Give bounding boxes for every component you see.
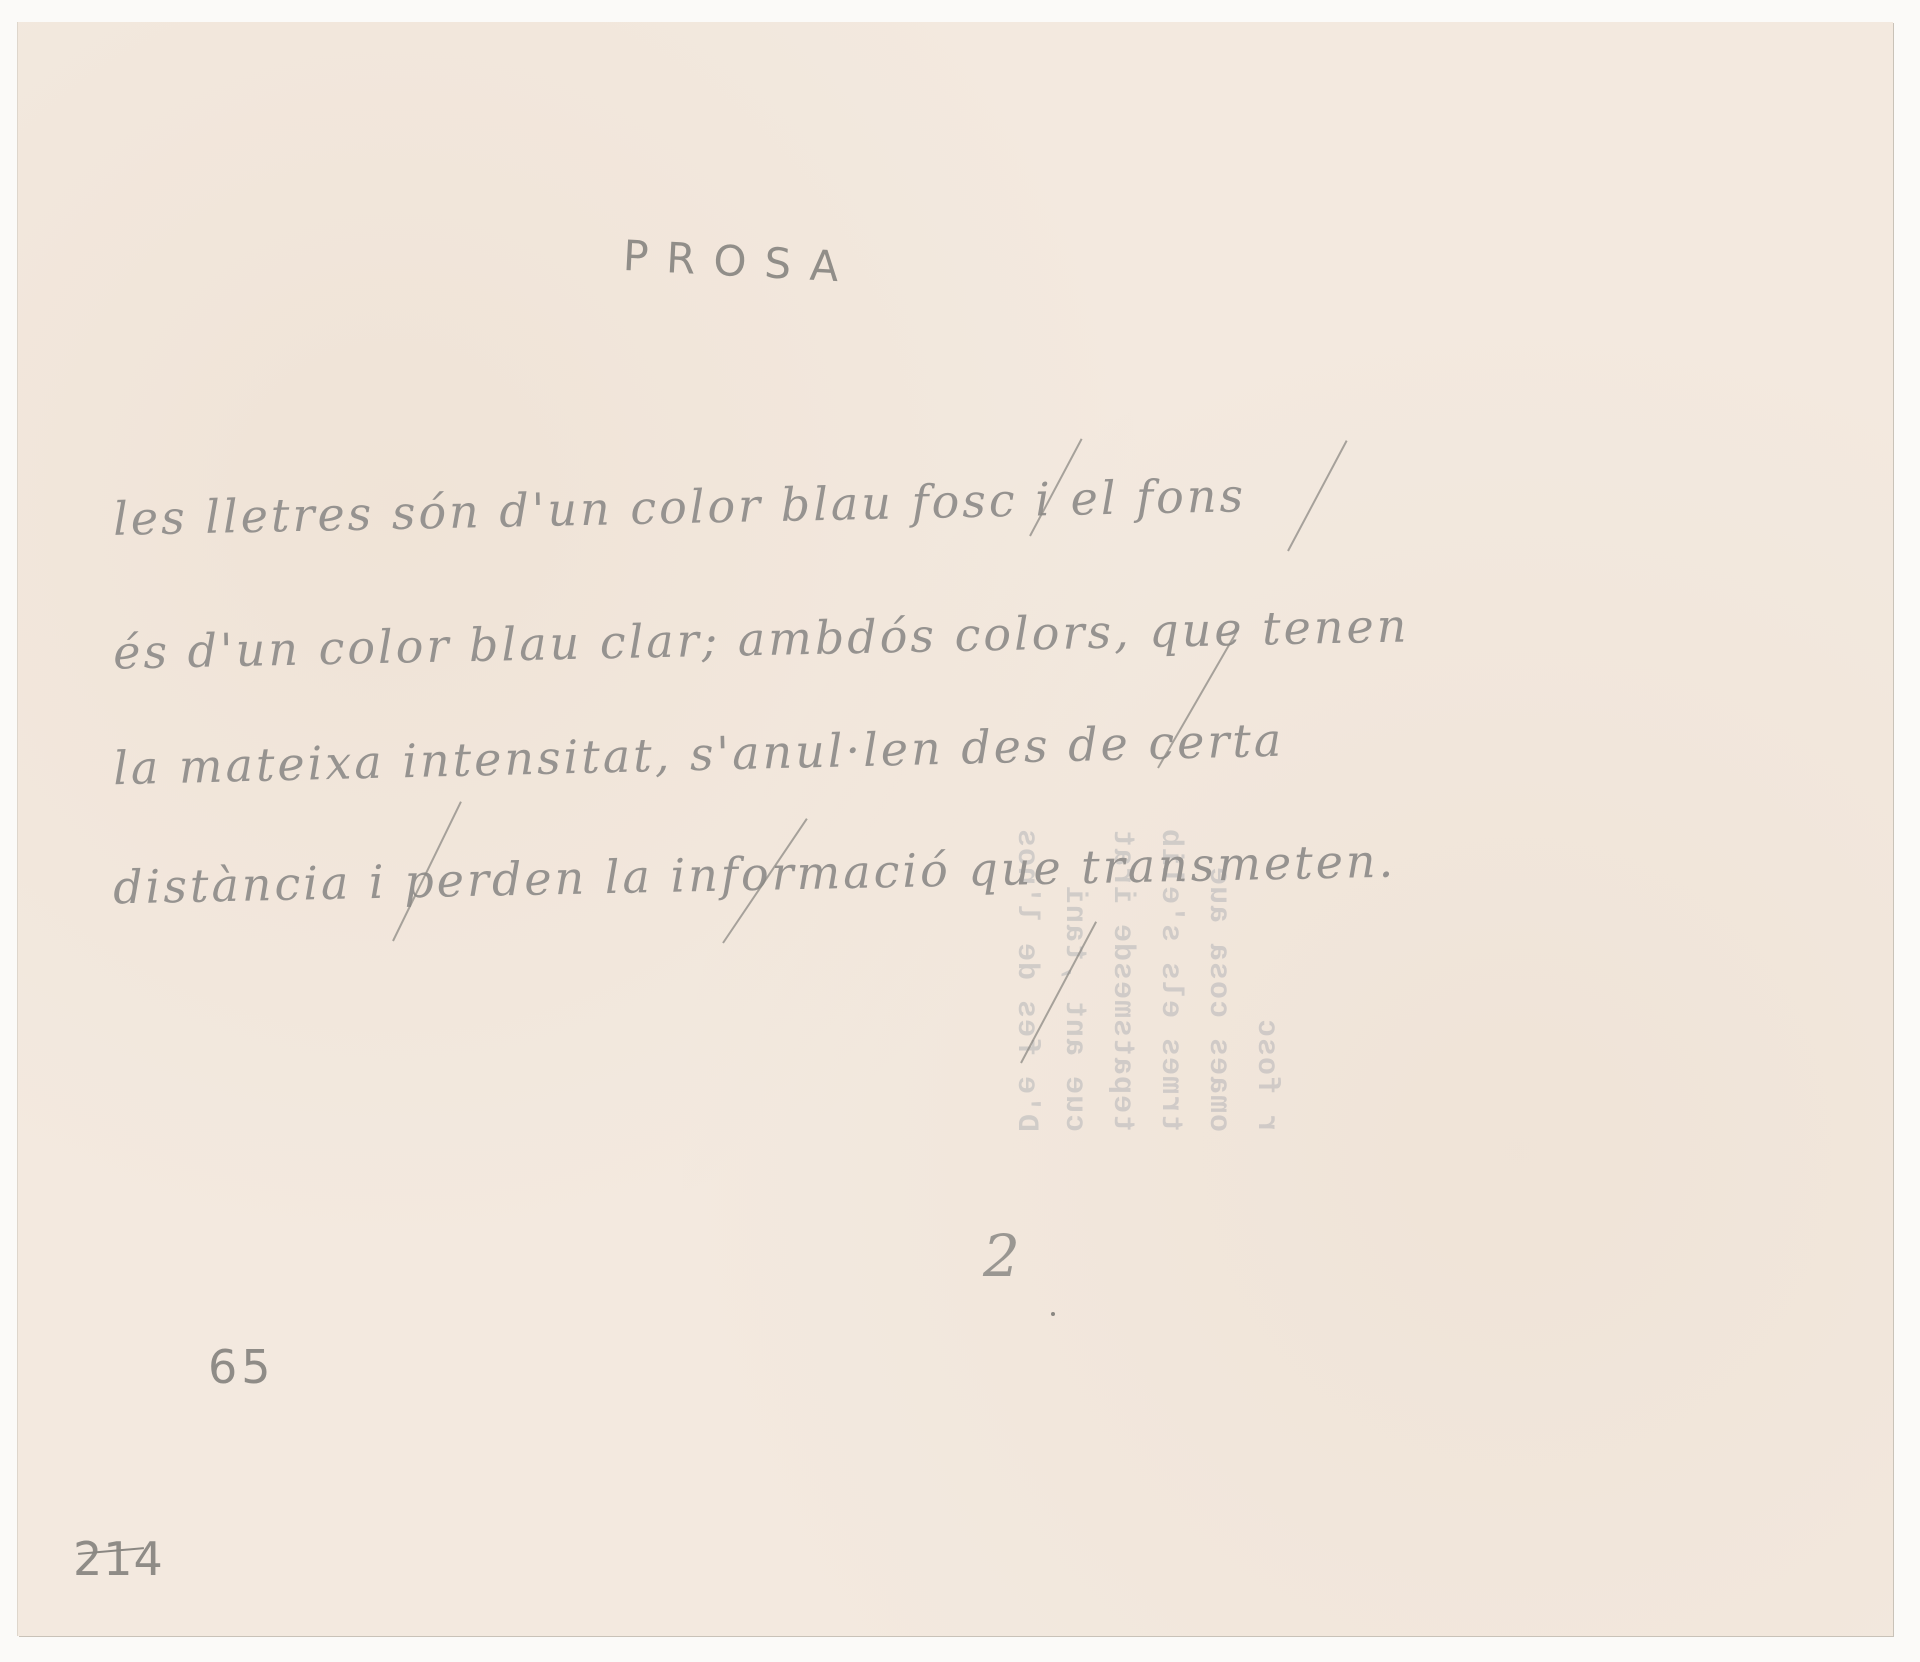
text-line: distància i perden la informació que tra… — [113, 834, 1397, 915]
pen-stroke — [1287, 440, 1347, 551]
struck-through-number: 214 — [73, 1532, 164, 1586]
text-line: les lletres són d'un color blau fosc i e… — [113, 468, 1247, 546]
catalog-number: 65 — [208, 1340, 275, 1394]
paper-sheet: r fosc omaes cosa aue trmes els s'elib t… — [18, 22, 1893, 1636]
page-number: 2 — [983, 1222, 1022, 1290]
page-heading: PROSA — [622, 231, 858, 292]
scanned-manuscript-page: r fosc omaes cosa aue trmes els s'elib t… — [0, 0, 1920, 1662]
page-number-dot — [1051, 1312, 1055, 1316]
text-line: la mateixa intensitat, s'anul·len des de… — [113, 713, 1285, 796]
pen-stroke — [1020, 921, 1097, 1063]
